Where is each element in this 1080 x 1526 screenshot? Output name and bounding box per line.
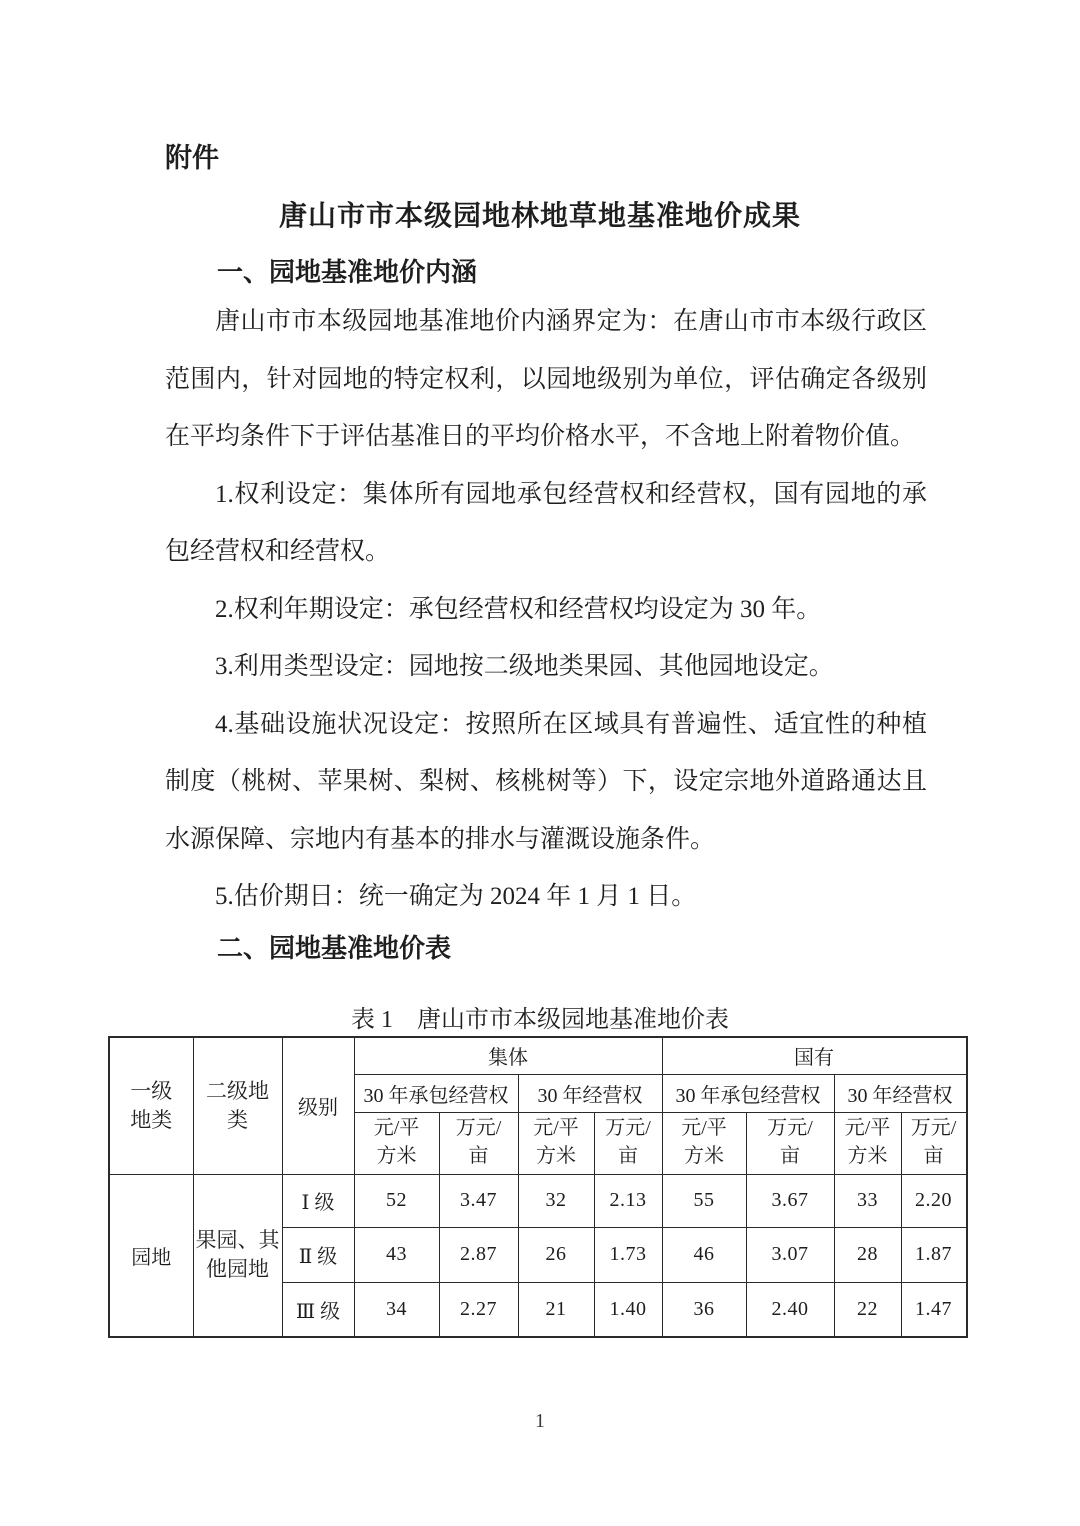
price-cell: 55 — [662, 1174, 746, 1227]
land-class-2-label: 果园、其他园地 — [194, 1226, 282, 1284]
sub-header-collective-management-right: 30 年经营权 — [518, 1074, 662, 1112]
unit-header-mu: 万元/亩 — [439, 1112, 518, 1174]
price-cell: 1.87 — [901, 1227, 967, 1282]
price-cell: 2.40 — [746, 1282, 834, 1337]
unit-header-sqm: 元/平方米 — [518, 1112, 594, 1174]
unit-header-sqm-label: 元/平方米 — [836, 1115, 900, 1170]
price-cell: 21 — [518, 1282, 594, 1337]
section-1-body: 唐山市市本级园地基准地价内涵界定为：在唐山市市本级行政区范围内，针对园地的特定权… — [165, 293, 927, 926]
col-header-grade: 级别 — [282, 1037, 354, 1174]
col-header-land-class-1-label: 一级地类 — [128, 1077, 174, 1135]
paragraph-item-5: 5.估价期日：统一确定为 2024 年 1 月 1 日。 — [165, 868, 927, 926]
document-page: 附件 唐山市市本级园地林地草地基准地价成果 一、园地基准地价内涵 唐山市市本级园… — [0, 0, 1080, 1526]
paragraph-item-4: 4.基础设施状况设定：按照所在区域具有普遍性、适宜性的种植制度（桃树、苹果树、梨… — [165, 696, 927, 869]
unit-header-sqm-label: 元/平方米 — [672, 1115, 736, 1170]
unit-header-mu: 万元/亩 — [746, 1112, 834, 1174]
col-header-land-class-1: 一级地类 — [109, 1037, 193, 1174]
price-cell: 3.67 — [746, 1174, 834, 1227]
document-title: 唐山市市本级园地林地草地基准地价成果 — [0, 194, 1080, 234]
grade-cell: Ⅱ 级 — [282, 1227, 354, 1282]
col-header-land-class-2: 二级地类 — [193, 1037, 282, 1174]
unit-header-mu-label: 万元/亩 — [447, 1115, 511, 1170]
paragraph-item-1: 1.权利设定：集体所有园地承包经营权和经营权，国有园地的承包经营权和经营权。 — [165, 466, 927, 581]
price-cell: 1.40 — [594, 1282, 662, 1337]
page-number: 1 — [0, 1410, 1080, 1433]
unit-header-mu-label: 万元/亩 — [758, 1115, 822, 1170]
price-cell: 2.27 — [439, 1282, 518, 1337]
section-1-heading: 一、园地基准地价内涵 — [165, 252, 927, 289]
sub-header-state-contract-right: 30 年承包经营权 — [662, 1074, 834, 1112]
group-header-state-owned: 国有 — [662, 1037, 967, 1074]
unit-header-mu: 万元/亩 — [594, 1112, 662, 1174]
price-cell: 3.47 — [439, 1174, 518, 1227]
group-header-collective: 集体 — [354, 1037, 662, 1074]
land-class-1-cell: 园地 — [109, 1174, 193, 1337]
price-cell: 52 — [354, 1174, 439, 1227]
price-cell: 34 — [354, 1282, 439, 1337]
price-cell: 2.87 — [439, 1227, 518, 1282]
price-cell: 36 — [662, 1282, 746, 1337]
sub-header-collective-contract-right: 30 年承包经营权 — [354, 1074, 518, 1112]
price-cell: 43 — [354, 1227, 439, 1282]
price-table-container: 一级地类 二级地类 级别 集体 国有 30 年承包经营权 30 年经营权 30 … — [108, 1036, 968, 1338]
unit-header-sqm-label: 元/平方米 — [524, 1115, 588, 1170]
price-cell: 2.13 — [594, 1174, 662, 1227]
grade-cell: Ⅲ 级 — [282, 1282, 354, 1337]
col-header-land-class-2-label: 二级地类 — [204, 1077, 271, 1135]
price-cell: 22 — [834, 1282, 901, 1337]
unit-header-mu: 万元/亩 — [901, 1112, 967, 1174]
grade-cell: Ⅰ 级 — [282, 1174, 354, 1227]
price-cell: 33 — [834, 1174, 901, 1227]
price-cell: 28 — [834, 1227, 901, 1282]
price-cell: 26 — [518, 1227, 594, 1282]
unit-header-sqm-label: 元/平方米 — [365, 1115, 429, 1170]
paragraph-item-2: 2.权利年期设定：承包经营权和经营权均设定为 30 年。 — [165, 581, 927, 639]
paragraph-intro: 唐山市市本级园地基准地价内涵界定为：在唐山市市本级行政区范围内，针对园地的特定权… — [165, 293, 927, 466]
sub-header-state-management-right: 30 年经营权 — [834, 1074, 967, 1112]
price-cell: 1.73 — [594, 1227, 662, 1282]
price-cell: 2.20 — [901, 1174, 967, 1227]
price-cell: 46 — [662, 1227, 746, 1282]
price-table: 一级地类 二级地类 级别 集体 国有 30 年承包经营权 30 年经营权 30 … — [108, 1036, 968, 1338]
unit-header-mu-label: 万元/亩 — [596, 1115, 660, 1170]
unit-header-sqm: 元/平方米 — [662, 1112, 746, 1174]
section-2-heading: 二、园地基准地价表 — [165, 928, 927, 965]
price-cell: 32 — [518, 1174, 594, 1227]
attachment-label: 附件 — [165, 136, 219, 175]
unit-header-mu-label: 万元/亩 — [902, 1115, 966, 1170]
unit-header-sqm: 元/平方米 — [354, 1112, 439, 1174]
price-cell: 1.47 — [901, 1282, 967, 1337]
paragraph-item-3: 3.利用类型设定：园地按二级地类果园、其他园地设定。 — [165, 638, 927, 696]
unit-header-sqm: 元/平方米 — [834, 1112, 901, 1174]
table-caption: 表 1 唐山市市本级园地基准地价表 — [0, 999, 1080, 1034]
land-class-2-cell: 果园、其他园地 — [193, 1174, 282, 1337]
price-cell: 3.07 — [746, 1227, 834, 1282]
